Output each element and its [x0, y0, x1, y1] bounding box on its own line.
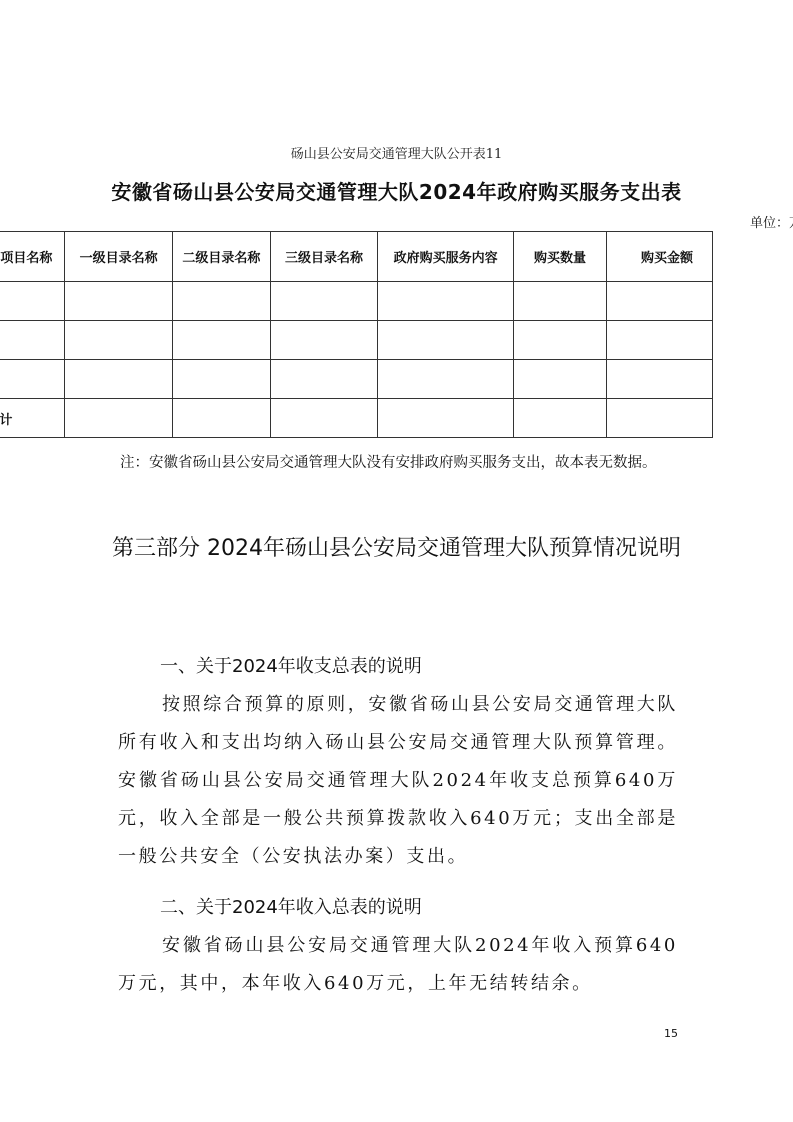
table-cell	[270, 360, 378, 399]
table-cell	[65, 282, 173, 321]
table-cell	[513, 282, 606, 321]
table-total-row: 合 计	[0, 399, 713, 438]
table-cell	[0, 282, 65, 321]
part-three-title: 第三部分 2024年砀山县公安局交通管理大队预算情况说明	[100, 530, 693, 567]
column-header: 三级目录名称	[270, 232, 378, 282]
table-cell	[270, 399, 378, 438]
column-header: 购买金额	[606, 232, 712, 282]
table-cell	[172, 399, 270, 438]
table-cell	[378, 282, 514, 321]
section-body-2: 安徽省砀山县公安局交通管理大队2024年收入预算640万元，其中，本年收入640…	[118, 927, 678, 1003]
table-row	[0, 360, 713, 399]
table-note: 注：安徽省砀山县公安局交通管理大队没有安排政府购买服务支出，故本表无数据。	[120, 450, 680, 476]
table-header-row: 项目名称 一级目录名称 二级目录名称 三级目录名称 政府购买服务内容 购买数量 …	[0, 232, 713, 282]
table-cell	[378, 399, 514, 438]
column-header: 购买数量	[513, 232, 606, 282]
table-cell	[606, 321, 712, 360]
table-row	[0, 321, 713, 360]
table-cell	[606, 282, 712, 321]
column-header: 项目名称	[0, 232, 65, 282]
table-cell	[0, 321, 65, 360]
table-cell	[65, 360, 173, 399]
section-body-1: 按照综合预算的原则，安徽省砀山县公安局交通管理大队所有收入和支出均纳入砀山县公安…	[118, 686, 678, 876]
column-header: 二级目录名称	[172, 232, 270, 282]
table-cell	[172, 282, 270, 321]
table-cell	[513, 321, 606, 360]
unit-label: 单位：万元	[750, 212, 793, 231]
table-cell	[606, 360, 712, 399]
total-label: 合 计	[0, 399, 65, 438]
column-header: 政府购买服务内容	[378, 232, 514, 282]
table-cell	[172, 321, 270, 360]
table-cell	[0, 360, 65, 399]
table-cell	[378, 360, 514, 399]
purchase-services-table: 项目名称 一级目录名称 二级目录名称 三级目录名称 政府购买服务内容 购买数量 …	[0, 231, 713, 438]
table-cell	[513, 360, 606, 399]
section-heading-2: 二、关于2024年收入总表的说明	[160, 893, 422, 919]
table-cell	[65, 399, 173, 438]
table-cell	[378, 321, 514, 360]
table-cell	[172, 360, 270, 399]
table-cell	[270, 282, 378, 321]
table-cell	[606, 399, 712, 438]
page-number: 15	[664, 1027, 678, 1040]
table-cell	[513, 399, 606, 438]
column-header: 一级目录名称	[65, 232, 173, 282]
table-row	[0, 282, 713, 321]
table-title: 安徽省砀山县公安局交通管理大队2024年政府购买服务支出表	[0, 176, 793, 205]
table-cell	[270, 321, 378, 360]
table-caption: 砀山县公安局交通管理大队公开表11	[0, 143, 793, 162]
section-heading-1: 一、关于2024年收支总表的说明	[160, 652, 422, 678]
table-cell	[65, 321, 173, 360]
